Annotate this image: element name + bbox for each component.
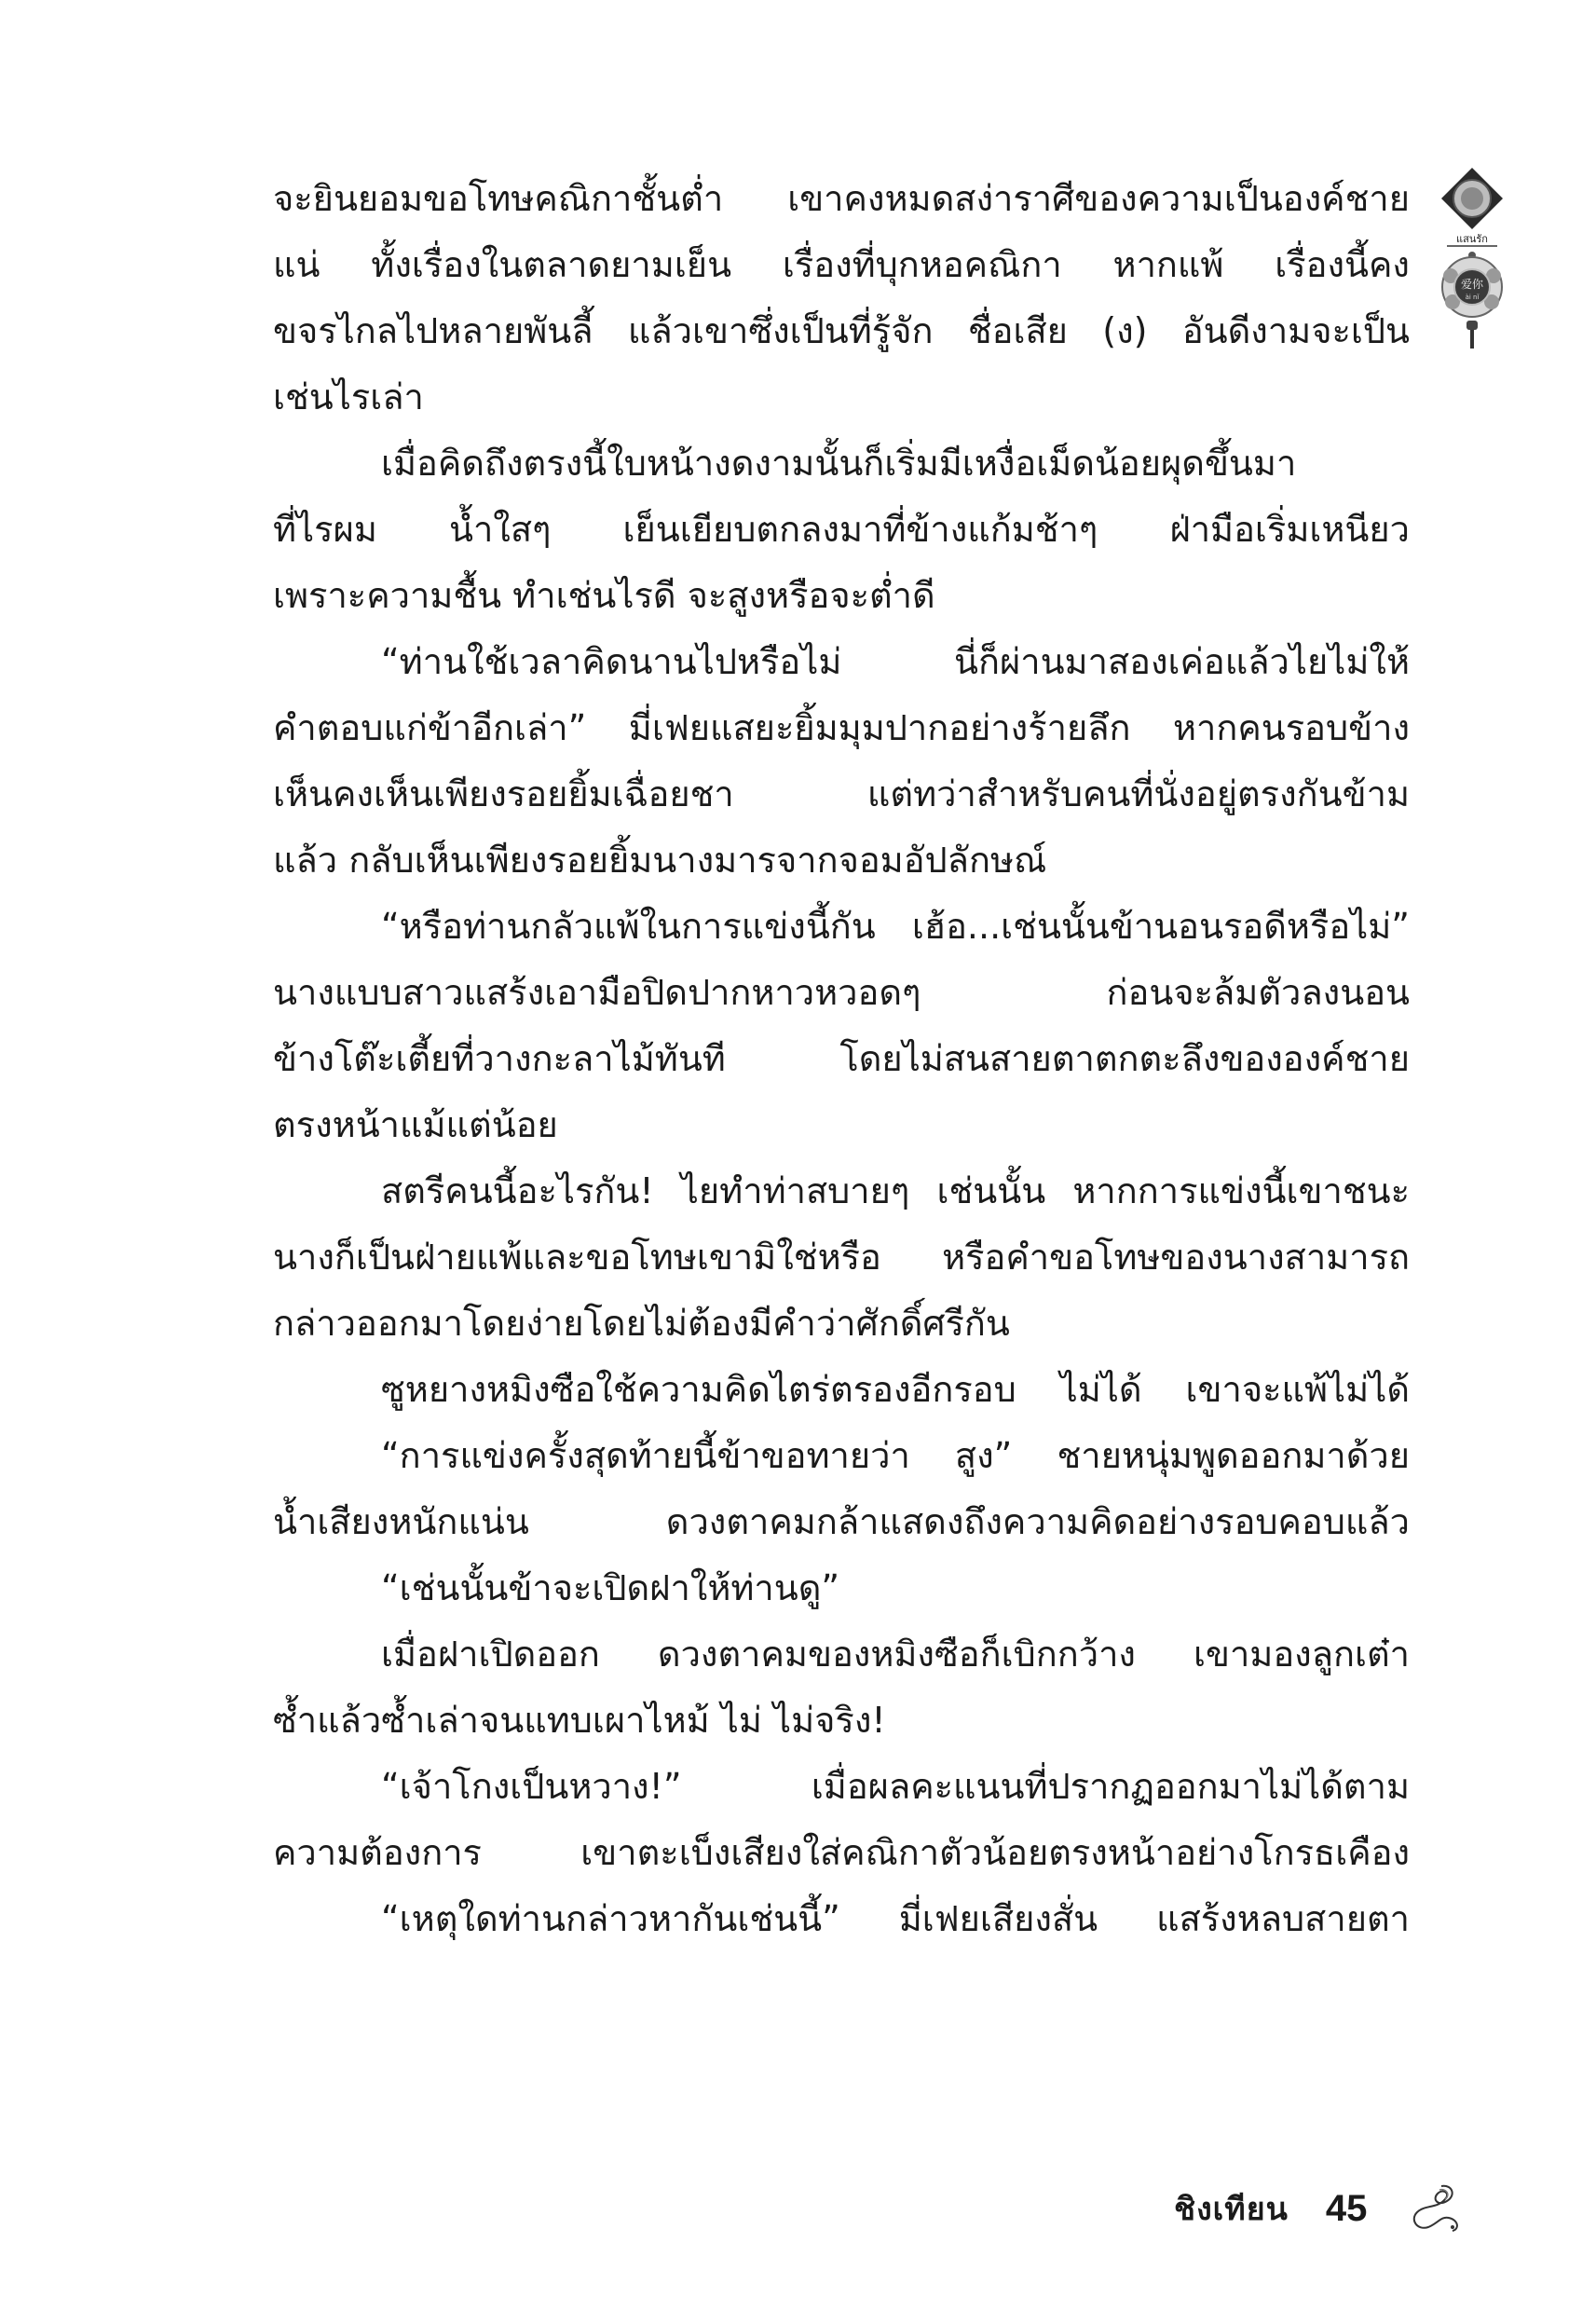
text-line: แล้ว กลับเห็นเพียงรอยยิ้มนางมารจากจอมอัป… — [273, 827, 1410, 894]
text-line: เมื่อคิดถึงตรงนี้ใบหน้างดงามนั้นก็เริ่มม… — [273, 431, 1410, 497]
text-line: “การแข่งครั้งสุดท้ายนี้ข้าขอทายว่า สูง” … — [273, 1423, 1410, 1489]
text-line: ความต้องการ เขาตะเบ็งเสียงใส่คณิกาตัวน้อ… — [273, 1820, 1410, 1886]
text-line: เพราะความชื้น ทำเช่นไรดี จะสูงหรือจะต่ำด… — [273, 563, 1410, 629]
svg-text:แสนรัก: แสนรัก — [1456, 233, 1488, 245]
text-line: คำตอบแก่ข้าอีกเล่า” มี่เฟยแสยะยิ้มมุมปาก… — [273, 695, 1410, 761]
text-line: เช่นไรเล่า — [273, 364, 1410, 431]
text-line: ข้างโต๊ะเตี้ยที่วางกะลาไม้ทันที โดยไม่สน… — [273, 1026, 1410, 1092]
serpent-icon — [1404, 2181, 1466, 2236]
text-line: จะยินยอมขอโทษคณิกาชั้นต่ำ เขาคงหมดสง่ารา… — [273, 166, 1410, 232]
side-ornament: แสนรัก 爱你 ài nǐ — [1430, 166, 1514, 352]
text-line: “เจ้าโกงเป็นหวาง!” เมื่อผลคะแนนที่ปรากฏอ… — [273, 1754, 1410, 1820]
text-line: ตรงหน้าแม้แต่น้อย — [273, 1092, 1410, 1158]
text-line: แน่ ทั้งเรื่องในตลาดยามเย็น เรื่องที่บุก… — [273, 232, 1410, 298]
text-line: เมื่อฝาเปิดออก ดวงตาคมของหมิงซือก็เบิกกว… — [273, 1621, 1410, 1688]
svg-text:爱你: 爱你 — [1461, 278, 1484, 291]
text-line: “ท่านใช้เวลาคิดนานไปหรือไม่ นี่ก็ผ่านมาส… — [273, 629, 1410, 695]
text-line: ซูหยางหมิงซือใช้ความคิดไตร่ตรองอีกรอบ ไม… — [273, 1357, 1410, 1423]
text-line: “หรือท่านกลัวแพ้ในการแข่งนี้กัน เฮ้อ...เ… — [273, 894, 1410, 960]
text-line: น้ำเสียงหนักแน่น ดวงตาคมกล้าแสดงถึงความค… — [273, 1489, 1410, 1555]
text-line: เห็นคงเห็นเพียงรอยยิ้มเฉื่อยชา แต่ทว่าสำ… — [273, 761, 1410, 827]
chinese-knot-ornament-icon: แสนรัก 爱你 ài nǐ — [1430, 166, 1514, 352]
text-line: นางก็เป็นฝ่ายแพ้และขอโทษเขามิใช่หรือ หรื… — [273, 1224, 1410, 1291]
text-line: ที่ไรผม น้ำใสๆ เย็นเยียบตกลงมาที่ข้างแก้… — [273, 497, 1410, 563]
svg-text:ài nǐ: ài nǐ — [1466, 294, 1480, 301]
body-text: จะยินยอมขอโทษคณิกาชั้นต่ำ เขาคงหมดสง่ารา… — [273, 166, 1410, 1952]
page-number: 45 — [1326, 2188, 1368, 2230]
book-page: จะยินยอมขอโทษคณิกาชั้นต่ำ เขาคงหมดสง่ารา… — [0, 0, 1596, 2311]
text-line: กล่าวออกมาโดยง่ายโดยไม่ต้องมีคำว่าศักดิ์… — [273, 1291, 1410, 1357]
book-title: ชิงเทียน — [1174, 2183, 1289, 2234]
page-footer: ชิงเทียน 45 — [1174, 2171, 1466, 2246]
text-line: “เช่นนั้นข้าจะเปิดฝาให้ท่านดู” — [273, 1555, 1410, 1621]
text-line: ซ้ำแล้วซ้ำเล่าจนแทบเผาไหม้ ไม่ ไม่จริง! — [273, 1688, 1410, 1754]
text-line: สตรีคนนี้อะไรกัน! ไยทำท่าสบายๆ เช่นนั้น … — [273, 1158, 1410, 1224]
text-line: นางแบบสาวแสร้งเอามือปิดปากหาวหวอดๆ ก่อนจ… — [273, 960, 1410, 1026]
text-line: ขจรไกลไปหลายพันลี้ แล้วเขาซึ่งเป็นที่รู้… — [273, 298, 1410, 364]
text-line: “เหตุใดท่านกล่าวหากันเช่นนี้” มี่เฟยเสีย… — [273, 1886, 1410, 1952]
